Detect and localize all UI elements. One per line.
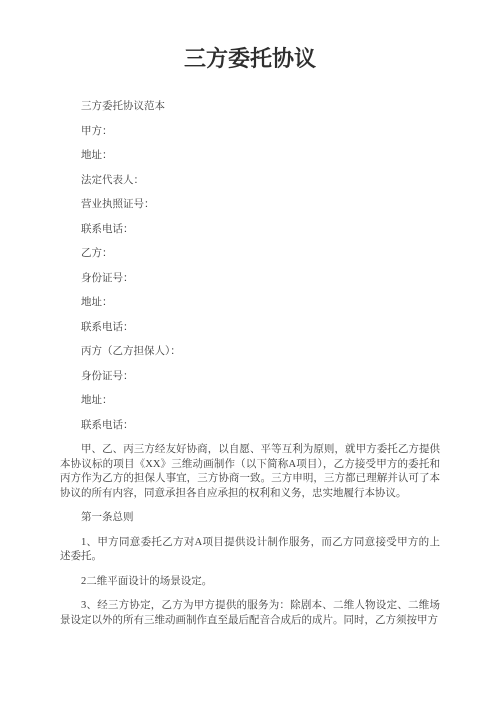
field-party-b-label: 乙方： (60, 247, 440, 262)
field-party-a-license-no: 营业执照证号： (60, 198, 440, 213)
document-title: 三方委托协议 (60, 44, 440, 74)
field-party-a-phone: 联系电话： (60, 223, 440, 238)
field-party-b-phone: 联系电话： (60, 321, 440, 336)
document-subtitle: 三方委托协议范本 (60, 100, 440, 115)
field-party-a-label: 甲方： (60, 125, 440, 140)
document-page: 三方委托协议 三方委托协议范本 甲方： 地址： 法定代表人： 营业执照证号： 联… (0, 0, 500, 707)
field-party-a-legal-rep: 法定代表人： (60, 174, 440, 189)
field-party-c-phone: 联系电话： (60, 419, 440, 434)
intro-paragraph: 甲、乙、丙三方经友好协商，以自愿、平等互利为原则，就甲方委托乙方提供本协议标的项… (60, 443, 440, 501)
field-party-b-id-no: 身份证号： (60, 272, 440, 287)
field-party-a-address: 地址： (60, 149, 440, 164)
field-party-b-address: 地址： (60, 296, 440, 311)
clause-2: 2二维平面设计的场景设定。 (60, 575, 440, 590)
field-party-c-label: 丙方（乙方担保人）： (60, 345, 440, 360)
clause-1: 1、甲方同意委托乙方对A项目提供设计制作服务，而乙方同意接受甲方的上述委托。 (60, 536, 440, 565)
field-party-c-id-no: 身份证号： (60, 370, 440, 385)
clause-3: 3、经三方协定，乙方为甲方提供的服务为：除剧本、二维人物设定、二维场景设定以外的… (60, 599, 440, 628)
section-1-heading: 第一条总则 (60, 511, 440, 526)
field-party-c-address: 地址： (60, 394, 440, 409)
